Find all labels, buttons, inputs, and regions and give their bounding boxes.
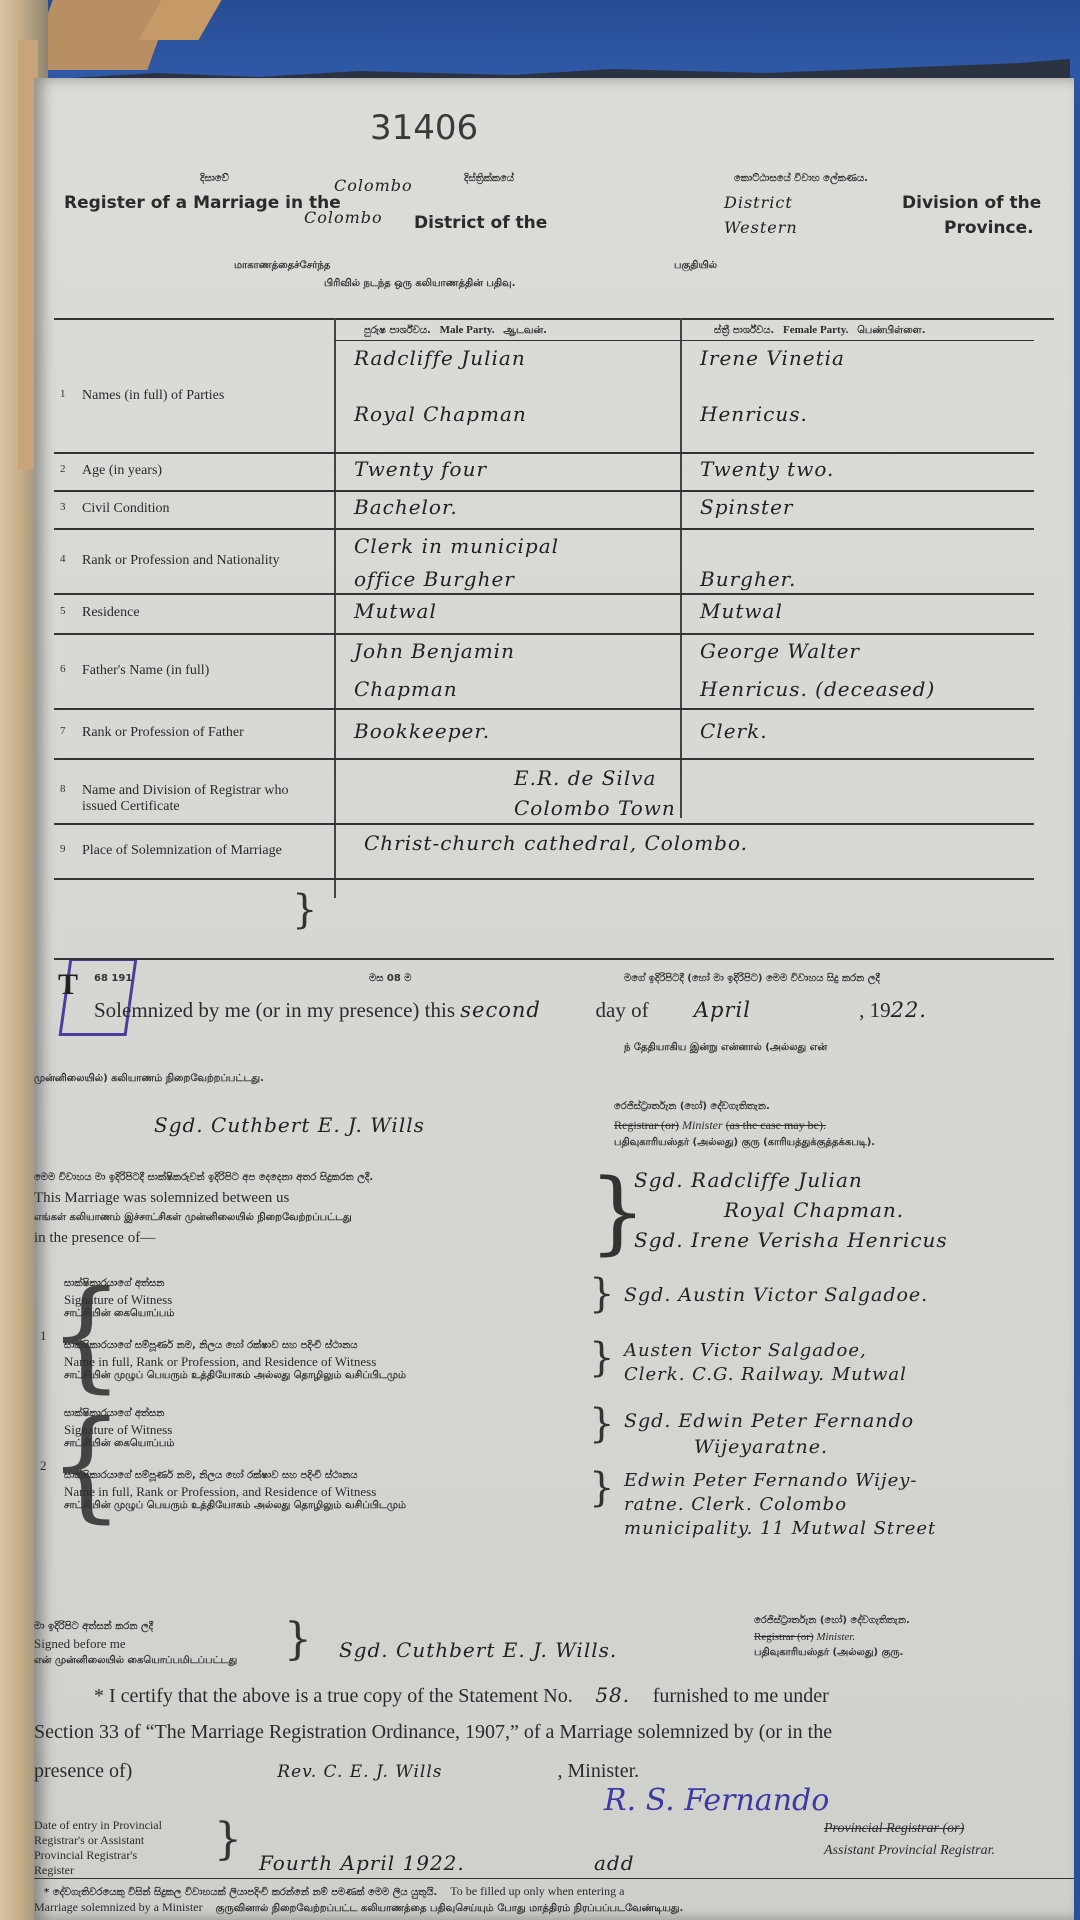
footnote-english-2: Marriage solemnized by a Minister [34, 1900, 203, 1914]
brace-icon: } [214, 1818, 242, 1862]
male-cell: Bachelor. [354, 495, 458, 519]
district-label: District of the [414, 213, 547, 233]
female-cell: Henricus. [700, 402, 808, 426]
entry-date-handwritten: Fourth April 1922. [259, 1851, 465, 1875]
witness-signature-sinhala: සාක්ෂිකාරයාගේ අත්සන [64, 1408, 164, 1419]
certify-line-1: * I certify that the above is a true cop… [94, 1683, 829, 1708]
certify-suffix: furnished to me under [653, 1685, 829, 1707]
witness-details-label: Name in full, Rank or Profession, and Re… [64, 1354, 376, 1370]
entry-label-line: Provincial Registrar's [34, 1848, 162, 1863]
solemnized-tamil: ந் தேதியாகிய இன்று என்னால் (அல்லது என் [624, 1042, 827, 1054]
witness-signature: Sgd. Edwin Peter Fernando [624, 1410, 914, 1432]
province-label: Province. [944, 218, 1034, 238]
party-signature-1: Sgd. Radcliffe Julian [634, 1168, 863, 1192]
between-us-block: මෙම විවාහය මා ඉදිරිපිටදී සාක්ෂිකරුවන් ඉද… [34, 1168, 554, 1248]
registrar-title-text: Assistant Provincial Registrar. [824, 1840, 995, 1862]
footnote-line-2: Marriage solemnized by a Minister குருவி… [34, 1900, 683, 1915]
footnote-sinhala: * දේවගැතිවරයෙකු විසින් සිදුකල විවාහයක් ල… [44, 1887, 437, 1898]
registrar-title-struck: Provincial Registrar (or) [824, 1821, 964, 1836]
row-number: 9 [60, 843, 66, 855]
header-sinhala-register: දිසාවේ [200, 173, 229, 184]
female-cell: Henricus. (deceased) [700, 677, 935, 701]
title-struck-case: (as the case may be). [726, 1118, 826, 1132]
witness-details: Clerk. C.G. Railway. Mutwal [624, 1364, 907, 1385]
row-label: Names (in full) of Parties [82, 388, 322, 404]
witness-details-tamil: சாட்சியின் முழுப் பெயரும் உத்தியோகம் அல்… [64, 1500, 406, 1512]
district-handwritten-2: Colombo [304, 208, 383, 227]
witness-signature-tamil: சாட்சியின் கையொப்பம் [64, 1308, 174, 1320]
header-tamil-left-2: பிரிவில் நடந்த ஒரு கலியாணத்தின் பதிவு. [324, 278, 515, 290]
entry-initials: add [594, 1851, 635, 1875]
witness-details: Austen Victor Salgadoe, [624, 1340, 867, 1361]
row-label: Father's Name (in full) [82, 663, 322, 679]
division-label: Division of the [902, 193, 1041, 213]
row-divider [54, 452, 1034, 454]
row-divider [54, 758, 1034, 760]
male-party-header: පුරුෂ පාර්ශ්වය. Male Party. ஆடவன். [364, 324, 547, 337]
witness-details-label: Name in full, Rank or Profession, and Re… [64, 1484, 376, 1500]
row-divider [54, 708, 1034, 710]
combined-cell: E.R. de Silva [514, 766, 656, 790]
male-header-tamil: ஆடவன். [503, 325, 547, 336]
female-cell: Burgher. [700, 567, 796, 591]
register-title: Register of a Marriage in the [64, 193, 341, 213]
solemnized-day: second [460, 998, 570, 1022]
male-cell: Clerk in municipal [354, 534, 559, 558]
brace-icon: } [292, 890, 317, 930]
solemnized-prefix: Solemnized by me (or in my presence) thi… [94, 998, 455, 1022]
male-cell: Radcliffe Julian [354, 346, 526, 370]
date-of-entry-label: Date of entry in Provincial Registrar's … [34, 1818, 162, 1878]
row-divider [54, 528, 1034, 530]
header-sinhala-district: දිස්ත්‍රික්කයේ [464, 173, 514, 184]
signed-title-minister: Minister. [816, 1631, 855, 1643]
statement-number: 58. [578, 1683, 648, 1707]
male-header-label: Male Party. [440, 324, 495, 336]
solemnized-sinhala: මගේ ඉදිරිපිටදී (හෝ මා ඉදිරිපිට) මෙම විවා… [624, 973, 880, 984]
male-cell: Chapman [354, 677, 458, 701]
registrar-signature: R. S. Fernando [604, 1783, 829, 1818]
solemnized-year-prefix: , 19 [859, 998, 891, 1022]
district-handwritten: Colombo [334, 176, 413, 195]
solemnized-year: 22. [891, 998, 927, 1022]
brace-icon: } [589, 1274, 614, 1314]
row-label: Residence [82, 605, 322, 621]
witness-number: 1 [40, 1328, 47, 1344]
minister-name-handwritten: Rev. C. E. J. Wills [277, 1762, 442, 1782]
registrar-title: Provincial Registrar (or) Assistant Prov… [824, 1818, 995, 1862]
witness-number: 2 [40, 1458, 47, 1474]
male-cell: John Benjamin [354, 639, 515, 663]
solemnized-line: Solemnized by me (or in my presence) thi… [94, 998, 927, 1023]
signed-before-sinhala: මා ඉදිරිපිට අත්සන් කරන ලදී [34, 1618, 237, 1635]
witness-signature-tamil: சாட்சியின் கையொப்பம் [64, 1438, 174, 1450]
row-label: Rank or Profession of Father [82, 725, 322, 741]
male-header-sinhala: පුරුෂ පාර්ශ්වය. [364, 325, 431, 336]
header-tamil-right: பகுதியில் [674, 260, 717, 272]
header-sinhala-division: කොට්ඨාසයේ විවාහ ලේකණය. [734, 173, 868, 184]
entry-label-line: Registrar's or Assistant [34, 1833, 162, 1848]
solemnized-numbers-left: 68 191 [94, 973, 132, 984]
female-cell: George Walter [700, 639, 860, 663]
row-divider [54, 823, 1034, 825]
signed-title-tamil: பதிவுகாரியஸ்தர் (அல்லது) குரு. [754, 1645, 910, 1661]
solemnized-day-of: day of [596, 998, 649, 1022]
in-presence-of-label: in the presence of— [34, 1228, 554, 1248]
signed-before-title: රෙජිස්ට්‍රාර්තැන (හෝ) දේවගැතිතැන. Regist… [754, 1613, 910, 1661]
signed-before-signature: Sgd. Cuthbert E. J. Wills. [339, 1638, 617, 1662]
row-divider [54, 593, 1034, 595]
row-number: 4 [60, 553, 66, 565]
male-cell: Royal Chapman [354, 402, 527, 426]
row-number: 6 [60, 663, 66, 675]
signed-before-tamil: என் முன்னிலையில் கையொப்பமிடப்பட்டது [34, 1652, 237, 1669]
party-signature-2: Royal Chapman. [724, 1198, 904, 1222]
between-us-tamil: எங்கள் கலியாணம் இச்சாட்சிகள் முன்னிலையில… [34, 1208, 554, 1228]
female-cell: Twenty two. [700, 457, 834, 481]
combined-cell: Colombo Town [514, 796, 676, 820]
row-label: Age (in years) [82, 463, 322, 479]
female-header-label: Female Party. [783, 324, 848, 336]
female-party-header: ස්ත්‍රී පාර්ශ්වය. Female Party. பெண்பிள்… [714, 324, 926, 337]
stamp-letter: T [58, 968, 78, 1002]
minister-label: , Minister. [557, 1760, 639, 1782]
row-number: 7 [60, 725, 66, 737]
certify-line-3: presence of) Rev. C. E. J. Wills , Minis… [34, 1760, 1054, 1783]
marriage-register-page: 31406 දිසාවේ දිස්ත්‍රික්කයේ කොට්ඨාසයේ වි… [34, 78, 1074, 1920]
witness-details: ratne. Clerk. Colombo [624, 1494, 847, 1515]
serial-number: 31406 [370, 108, 478, 148]
province-handwritten: Western [724, 218, 798, 237]
division-handwritten: District [724, 193, 793, 212]
signed-before-title-sinhala: රෙජිස්ට්‍රාර්තැන (හෝ) දේවගැතිතැන. [754, 1613, 910, 1629]
witness-signature-sinhala: සාක්ෂිකාරයාගේ අත්සන [64, 1278, 164, 1289]
between-us-label: This Marriage was solemnized between us [34, 1188, 554, 1208]
witness-details: Edwin Peter Fernando Wijey- [624, 1470, 918, 1491]
male-cell: Twenty four [354, 457, 487, 481]
certify-line-2: Section 33 of “The Marriage Registration… [34, 1721, 832, 1744]
row-number: 8 [60, 783, 66, 795]
certify-prefix: * I certify that the above is a true cop… [94, 1685, 573, 1707]
entry-label-line: Register [34, 1863, 162, 1878]
footnote-english: To be filled up only when entering a [450, 1884, 624, 1898]
female-cell: Irene Vinetia [700, 346, 845, 370]
signed-title-struck: Registrar (or) [754, 1631, 814, 1643]
title-minister: Minister [682, 1118, 723, 1132]
row-number: 3 [60, 501, 66, 513]
combined-cell: Christ-church cathedral, Colombo. [364, 831, 748, 855]
solemnized-tamil-2: முன்னிலையில்) கலியாணம் நிறைவேற்றப்பட்டது… [34, 1073, 264, 1085]
party-signature-3: Sgd. Irene Verisha Henricus [634, 1228, 948, 1252]
presence-of-label: presence of) [34, 1760, 132, 1782]
footnote-line-1: * දේවගැතිවරයෙකු විසින් සිදුකල විවාහයක් ල… [44, 1884, 624, 1899]
minister-title-block: රෙජිස්ට්‍රාර්තැන (හෝ) දේවගැතිතැන. Regist… [614, 1098, 875, 1152]
between-us-sinhala: මෙම විවාහය මා ඉදිරිපිටදී සාක්ෂිකරුවන් ඉද… [34, 1168, 554, 1188]
witness-details-tamil: சாட்சியின் முழுப் பெயரும் உத்தியோகம் அல்… [64, 1370, 406, 1382]
row-divider [54, 878, 1034, 880]
witness-signature: Wijeyaratne. [694, 1436, 828, 1458]
witness-signature: Sgd. Austin Victor Salgadoe. [624, 1284, 928, 1306]
witness-details-sinhala: සාක්ෂිකාරයාගේ සම්පූර්ණ නම, නිලය හෝ රක්ෂා… [64, 1470, 358, 1481]
row-divider [54, 490, 1034, 492]
row-label: Place of Solemnization of Marriage [82, 843, 322, 859]
row-number: 1 [60, 388, 66, 400]
solemnized-numbers-mid: මස 08 ම [369, 973, 411, 984]
male-cell: Bookkeeper. [354, 719, 490, 743]
header-tamil-left: மாகாணத்தைச்சேர்ந்த [234, 260, 330, 272]
female-cell: Mutwal [700, 599, 783, 623]
entry-label-line: Date of entry in Provincial [34, 1818, 162, 1833]
brace-icon: } [284, 1618, 312, 1662]
signed-before-label: Signed before me [34, 1635, 237, 1652]
row-label: Rank or Profession and Nationality [82, 553, 322, 569]
brace-icon: } [589, 1338, 614, 1378]
row-label: Name and Division of Registrar who issue… [82, 783, 322, 815]
row-label: Civil Condition [82, 501, 322, 517]
female-header-sinhala: ස්ත්‍රී පාර්ශ්වය. [714, 325, 774, 336]
footnote-tamil: குருவினால் நிறைவேற்றப்பட்ட கலியாணத்தை பத… [216, 1903, 684, 1914]
row-divider [54, 633, 1034, 635]
solemnized-month: April [694, 998, 854, 1022]
title-struck-registrar: Registrar (or) [614, 1118, 679, 1132]
female-header-tamil: பெண்பிள்ளை. [857, 325, 925, 336]
minister-title-sinhala: රෙජිස්ට්‍රාර්තැන (හෝ) දේවගැතිතැන. [614, 1098, 875, 1116]
witness-details: municipality. 11 Mutwal Street [624, 1518, 936, 1539]
brace-icon: } [589, 1404, 614, 1444]
minister-title-tamil: பதிவுகாரியஸ்தர் (அல்லது) குரு (காரியத்து… [614, 1134, 875, 1152]
female-cell: Clerk. [700, 719, 768, 743]
row-number: 2 [60, 463, 66, 475]
witness-signature-label: Signature of Witness [64, 1292, 172, 1308]
male-cell: office Burgher [354, 567, 515, 591]
female-cell: Spinster [700, 495, 793, 519]
brace-icon: } [589, 1468, 614, 1508]
witness-details-sinhala: සාක්ෂිකාරයාගේ සම්පූර්ණ නම, නිලය හෝ රක්ෂා… [64, 1340, 358, 1351]
witness-signature-label: Signature of Witness [64, 1422, 172, 1438]
minister-signature: Sgd. Cuthbert E. J. Wills [154, 1113, 425, 1137]
male-cell: Mutwal [354, 599, 437, 623]
signed-before-block: මා ඉදිරිපිට අත්සන් කරන ලදී Signed before… [34, 1618, 237, 1669]
row-number: 5 [60, 605, 66, 617]
